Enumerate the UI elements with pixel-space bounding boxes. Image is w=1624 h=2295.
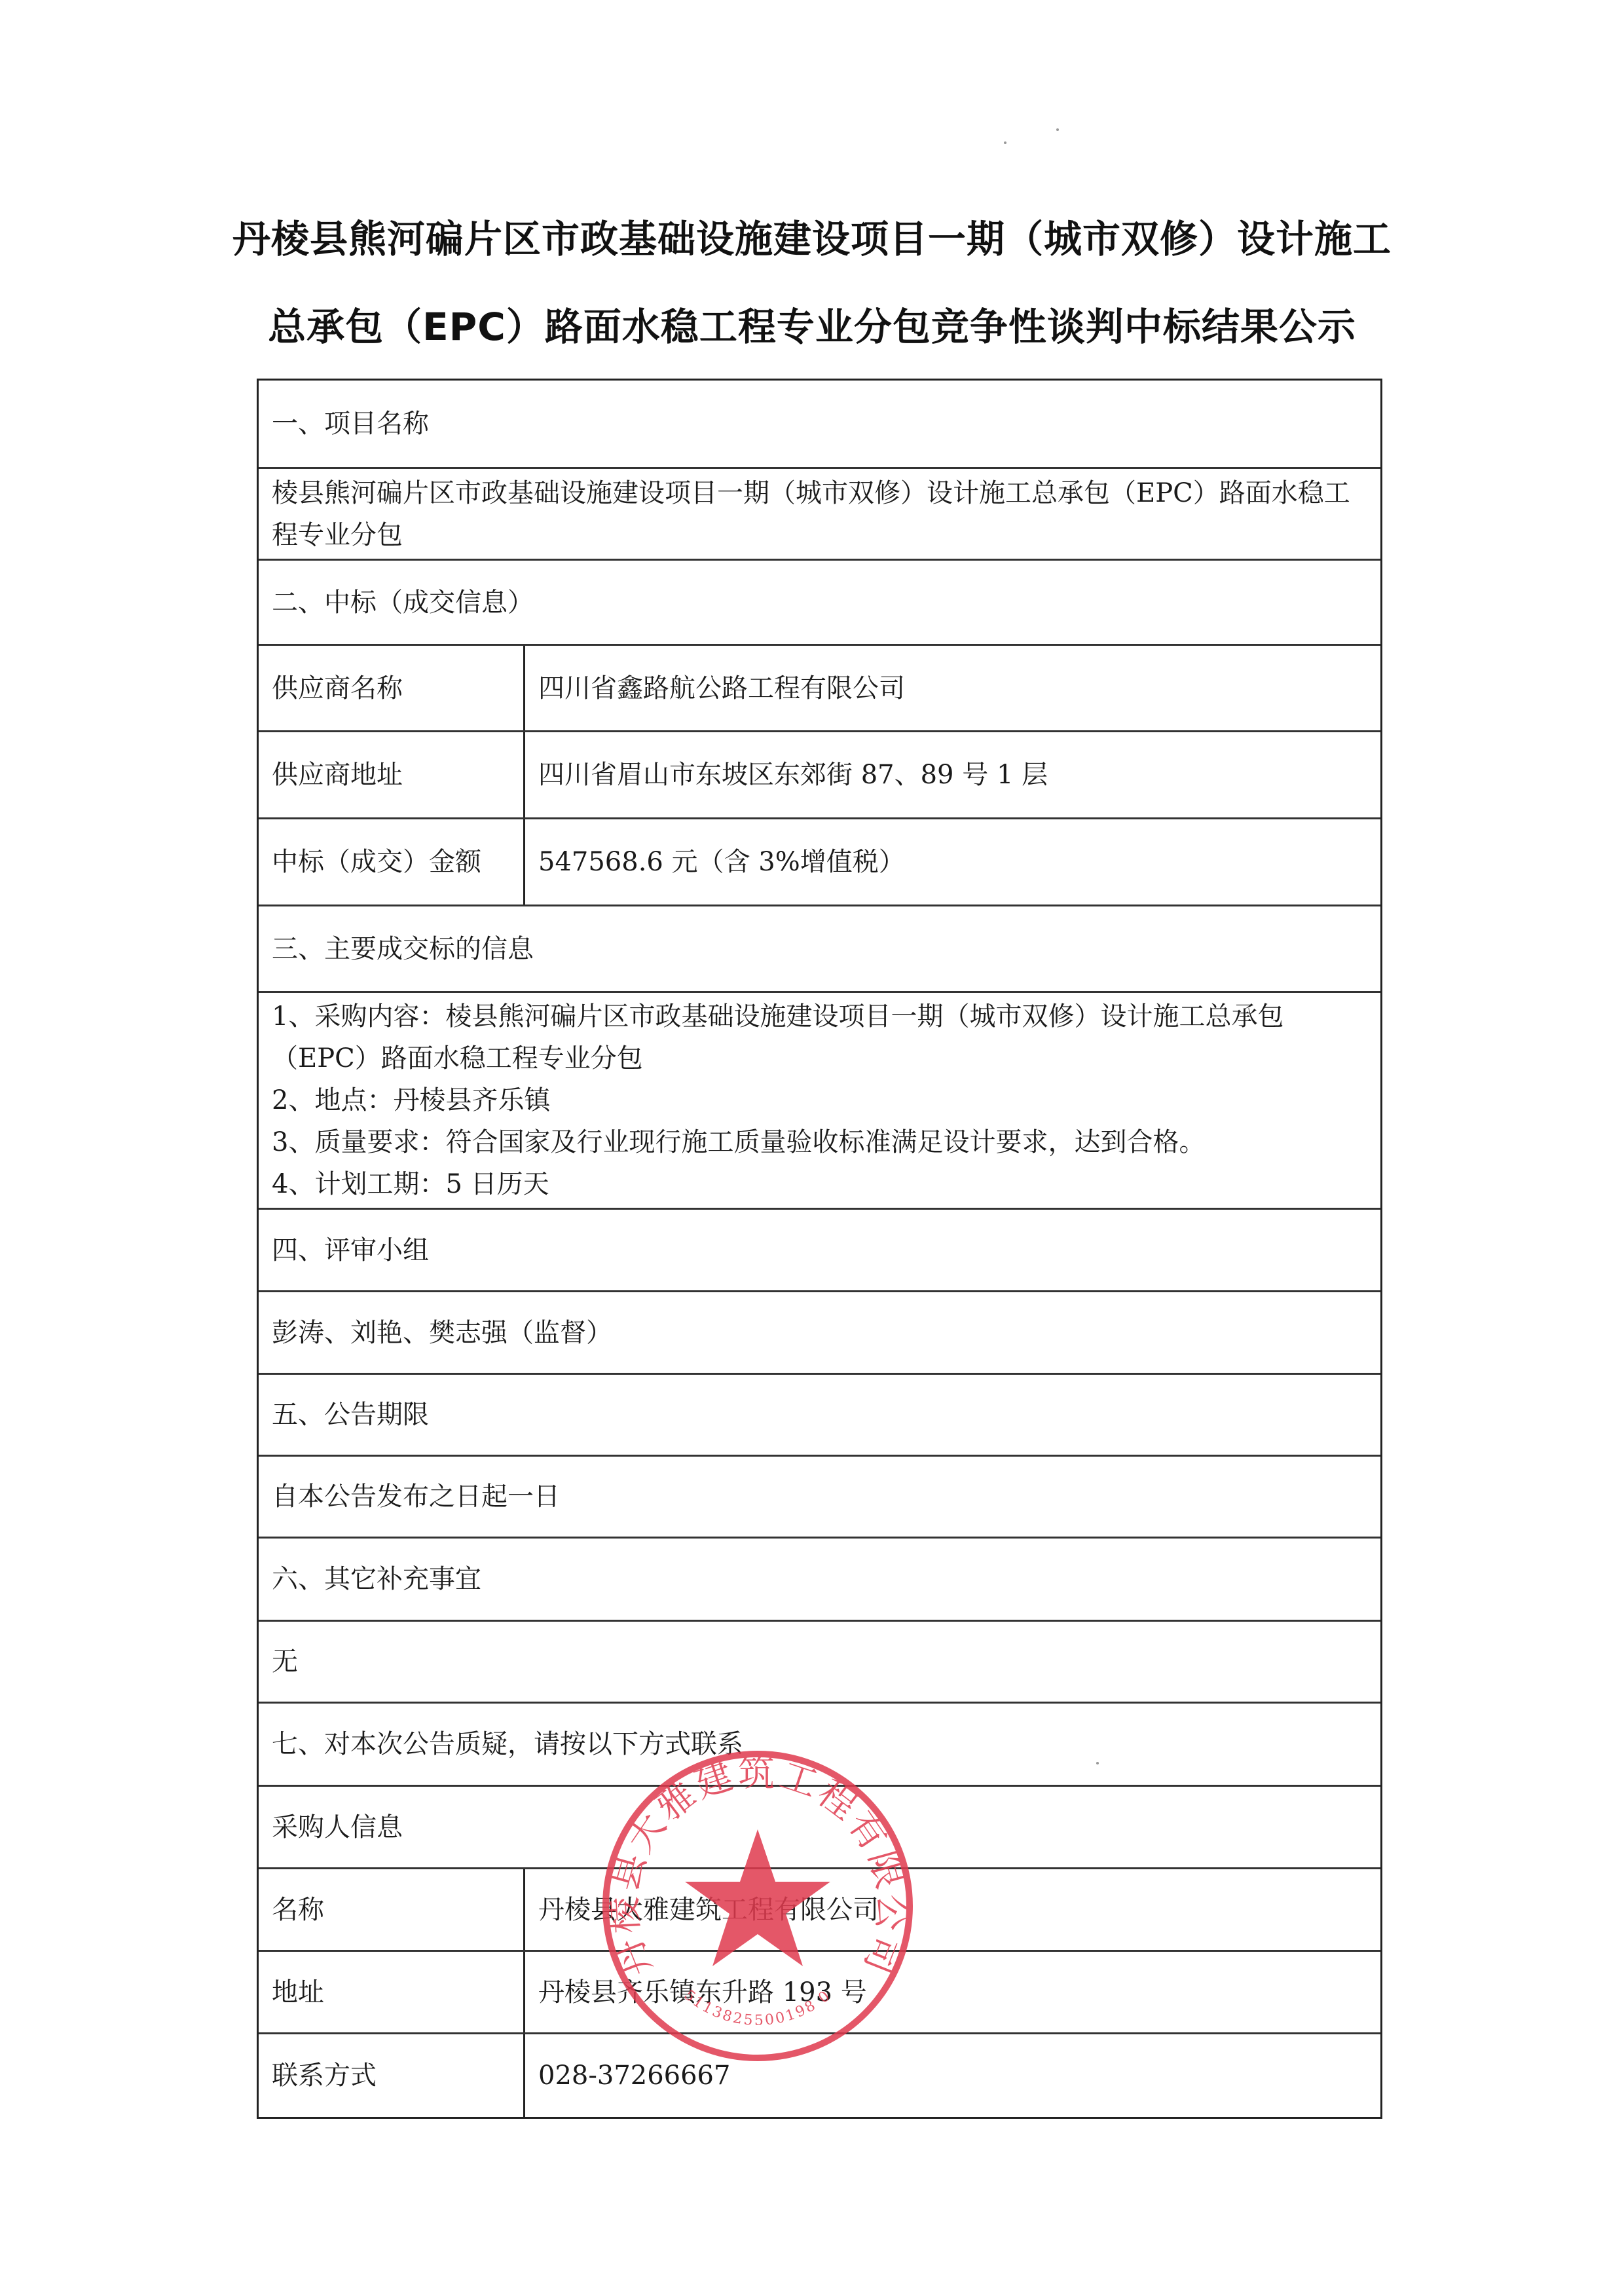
purchaser-phone-row: 联系方式 028-37266667 (259, 2032, 1380, 2117)
award-amount-value: 547568.6 元（含 3%增值税） (525, 819, 1380, 905)
heading-text: 四、评审小组 (259, 1231, 1380, 1270)
purchaser-name-value: 丹棱县大雅建筑工程有限公司 (525, 1869, 1380, 1950)
purchaser-name-label: 名称 (259, 1869, 525, 1950)
purchaser-address-row: 地址 丹棱县齐乐镇东升路 193 号 (259, 1950, 1380, 2032)
award-amount-row: 中标（成交）金额 547568.6 元（含 3%增值税） (259, 817, 1380, 905)
notice-period-value: 自本公告发布之日起一日 (259, 1477, 1380, 1516)
heading-text: 六、其它补充事宜 (259, 1559, 1380, 1599)
heading-text: 一、项目名称 (259, 404, 1380, 443)
supplier-name-row: 供应商名称 四川省鑫路航公路工程有限公司 (259, 644, 1380, 730)
purchaser-info-heading: 采购人信息 (259, 1808, 1380, 1847)
section-heading-notice-period: 五、公告期限 (259, 1373, 1380, 1455)
heading-text: 七、对本次公告质疑，请按以下方式联系 (259, 1725, 1380, 1764)
section-heading-project-name: 一、项目名称 (259, 381, 1380, 467)
notice-period-row: 自本公告发布之日起一日 (259, 1455, 1380, 1537)
supplier-name-value: 四川省鑫路航公路工程有限公司 (525, 646, 1380, 730)
award-amount-label: 中标（成交）金额 (259, 819, 525, 905)
review-panel-value: 彭涛、刘艳、樊志强（监督） (259, 1313, 1380, 1353)
purchaser-address-label: 地址 (259, 1952, 525, 2032)
scan-speck (1004, 141, 1006, 144)
purchaser-phone-label: 联系方式 (259, 2034, 525, 2117)
purchaser-address-value: 丹棱县齐乐镇东升路 193 号 (525, 1952, 1380, 2032)
location-item: 2、地点：丹棱县齐乐镇 (272, 1079, 1367, 1121)
other-matters-row: 无 (259, 1620, 1380, 1702)
review-panel-row: 彭涛、刘艳、樊志强（监督） (259, 1290, 1380, 1373)
heading-text: 二、中标（成交信息） (259, 583, 1380, 622)
section-heading-review-panel: 四、评审小组 (259, 1208, 1380, 1290)
heading-text: 三、主要成交标的信息 (259, 929, 1380, 969)
main-info-items: 1、采购内容：棱县熊河碥片区市政基础设施建设项目一期（城市双修）设计施工总承包（… (259, 991, 1380, 1208)
supplier-address-row: 供应商地址 四川省眉山市东坡区东郊街 87、89 号 1 层 (259, 730, 1380, 817)
announcement-table: 一、项目名称 棱县熊河碥片区市政基础设施建设项目一期（城市双修）设计施工总承包（… (257, 379, 1382, 2119)
section-heading-award: 二、中标（成交信息） (259, 559, 1380, 644)
heading-text: 五、公告期限 (259, 1395, 1380, 1434)
supplier-address-label: 供应商地址 (259, 732, 525, 817)
document-title-line-2: 总承包（EPC）路面水稳工程专业分包竞争性谈判中标结果公示 (0, 296, 1624, 351)
purchaser-info-heading-row: 采购人信息 (259, 1785, 1380, 1867)
project-name-row: 棱县熊河碥片区市政基础设施建设项目一期（城市双修）设计施工总承包（EPC）路面水… (259, 467, 1380, 559)
purchaser-name-row: 名称 丹棱县大雅建筑工程有限公司 (259, 1867, 1380, 1950)
supplier-address-value: 四川省眉山市东坡区东郊街 87、89 号 1 层 (525, 732, 1380, 817)
project-name-value: 棱县熊河碥片区市政基础设施建设项目一期（城市双修）设计施工总承包（EPC）路面水… (259, 472, 1380, 556)
other-matters-value: 无 (259, 1642, 1380, 1681)
procurement-content-item: 1、采购内容：棱县熊河碥片区市政基础设施建设项目一期（城市双修）设计施工总承包（… (272, 996, 1367, 1079)
purchaser-phone-value: 028-37266667 (525, 2034, 1380, 2117)
schedule-item: 4、计划工期：5 日历天 (272, 1163, 1367, 1205)
main-info-list: 1、采购内容：棱县熊河碥片区市政基础设施建设项目一期（城市双修）设计施工总承包（… (259, 996, 1380, 1205)
section-heading-other-matters: 六、其它补充事宜 (259, 1537, 1380, 1620)
quality-requirement-item: 3、质量要求：符合国家及行业现行施工质量验收标准满足设计要求，达到合格。 (272, 1121, 1367, 1163)
scan-speck (1096, 1762, 1099, 1764)
section-heading-contact: 七、对本次公告质疑，请按以下方式联系 (259, 1702, 1380, 1785)
supplier-name-label: 供应商名称 (259, 646, 525, 730)
section-heading-main-info: 三、主要成交标的信息 (259, 905, 1380, 991)
document-title-line-1: 丹棱县熊河碥片区市政基础设施建设项目一期（城市双修）设计施工 (0, 208, 1624, 263)
scan-speck (1056, 128, 1059, 131)
